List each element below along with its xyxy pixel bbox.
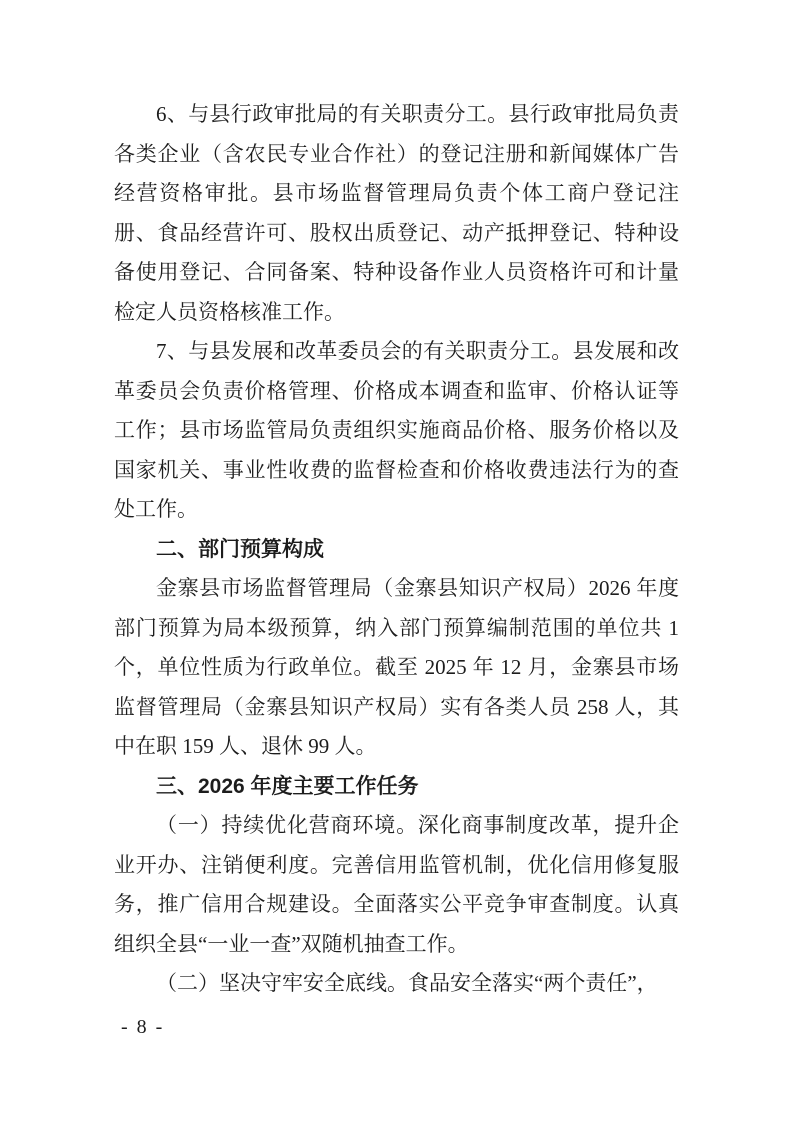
para-duty-division-6: 6、与县行政审批局的有关职责分工。县行政审批局负责各类企业（含农民专业合作社）的… [114, 95, 679, 332]
para-task-2-safety-bottom-line: （二）坚决守牢安全底线。食品安全落实“两个责任”， [114, 964, 679, 1004]
para-budget-composition: 金寨县市场监督管理局（金寨县知识产权局）2026 年度部门预算为局本级预算，纳入… [114, 569, 679, 767]
para-task-1-business-environment: （一）持续优化营商环境。深化商事制度改革，提升企业开办、注销便利度。完善信用监管… [114, 806, 679, 964]
page-footer: - 8 - [121, 1013, 164, 1041]
document-page: 6、与县行政审批局的有关职责分工。县行政审批局负责各类企业（含农民专业合作社）的… [0, 0, 793, 1122]
heading-section-2-budget-composition: 二、部门预算构成 [114, 530, 679, 570]
heading-section-3-main-tasks: 三、2026 年度主要工作任务 [114, 767, 679, 807]
para-duty-division-7: 7、与县发展和改革委员会的有关职责分工。县发展和改革委员会负责价格管理、价格成本… [114, 332, 679, 530]
document-body: 6、与县行政审批局的有关职责分工。县行政审批局负责各类企业（含农民专业合作社）的… [114, 95, 679, 1004]
page-number: - 8 - [121, 1016, 164, 1038]
